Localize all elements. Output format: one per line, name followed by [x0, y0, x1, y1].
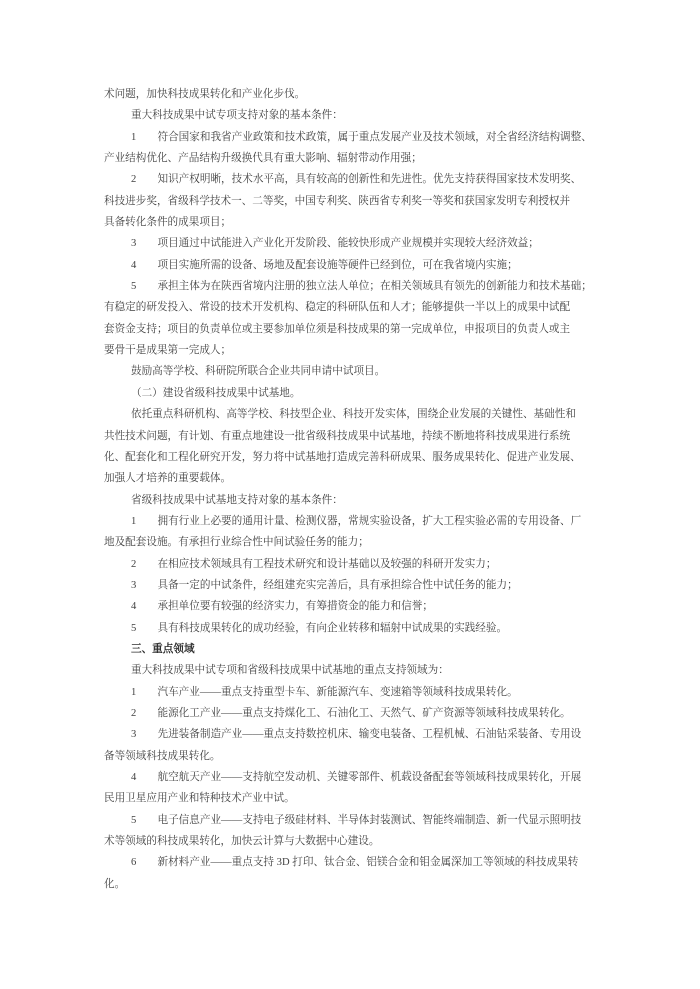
text-line: 共性技术问题，有计划、有重点地建设一批省级科技成果中试基地，持续不断地将科技成果… [104, 426, 604, 447]
text-line: 3 具备一定的中试条件，经组建充实完善后，具有承担综合性中试任务的能力； [104, 575, 604, 596]
text-line: 产业结构优化、产品结构升级换代具有重大影响、辐射带动作用强； [104, 148, 604, 169]
text-line: 省级科技成果中试基地支持对象的基本条件： [104, 490, 604, 511]
text-line: 4 项目实施所需的设备、场地及配套设施等硬件已经到位，可在我省境内实施； [104, 255, 604, 276]
section-heading: 三、重点领域 [104, 639, 604, 660]
text-line: 科技进步奖，省级科学技术一、二等奖，中国专利奖、陕西省专利奖一等奖和获国家发明专… [104, 191, 604, 212]
text-line: 地及配套设施。有承担行业综合性中间试验任务的能力； [104, 532, 604, 553]
document-text-block: 术问题，加快科技成果转化和产业化步伐。重大科技成果中试专项支持对象的基本条件：1… [104, 84, 604, 895]
text-line: 2 知识产权明晰，技术水平高，具有较高的创新性和先进性。优先支持获得国家技术发明… [104, 169, 604, 190]
text-line: 备等领域科技成果转化。 [104, 746, 604, 767]
text-line: 2 能源化工产业——重点支持煤化工、石油化工、天然气、矿产资源等领域科技成果转化… [104, 703, 604, 724]
text-line: 依托重点科研机构、高等学校、科技型企业、科技开发实体，围绕企业发展的关键性、基础… [104, 404, 604, 425]
text-line: 有稳定的研发投入、常设的技术开发机构、稳定的科研队伍和人才；能够提供一半以上的成… [104, 297, 604, 318]
text-line: 重大科技成果中试专项和省级科技成果中试基地的重点支持领域为： [104, 660, 604, 681]
text-line: （二）建设省级科技成果中试基地。 [104, 383, 604, 404]
document-page: 术问题，加快科技成果转化和产业化步伐。重大科技成果中试专项支持对象的基本条件：1… [0, 0, 700, 989]
text-line: 3 项目通过中试能进入产业化开发阶段、能较快形成产业规模并实现较大经济效益； [104, 233, 604, 254]
text-line: 要骨干是成果第一完成人； [104, 340, 604, 361]
text-line: 5 具有科技成果转化的成功经验，有向企业转移和辐射中试成果的实践经验。 [104, 618, 604, 639]
text-line: 6 新材料产业——重点支持 3D 打印、钛合金、铝镁合金和钼金属深加工等领域的科… [104, 852, 604, 873]
text-line: 鼓励高等学校、科研院所联合企业共同申请中试项目。 [104, 361, 604, 382]
text-line: 4 航空航天产业——支持航空发动机、关键零部件、机载设备配套等领域科技成果转化，… [104, 767, 604, 788]
text-line: 5 电子信息产业——支持电子级硅材料、半导体封装测试、智能终端制造、新一代显示照… [104, 810, 604, 831]
text-line: 1 汽车产业——重点支持重型卡车、新能源汽车、变速箱等领域科技成果转化。 [104, 682, 604, 703]
text-line: 5 承担主体为在陕西省境内注册的独立法人单位；在相关领域具有领先的创新能力和技术… [104, 276, 604, 297]
text-line: 1 符合国家和我省产业政策和技术政策，属于重点发展产业及技术领域，对全省经济结构… [104, 127, 604, 148]
text-line: 加强人才培养的重要载体。 [104, 468, 604, 489]
text-line: 3 先进装备制造产业——重点支持数控机床、输变电装备、工程机械、石油钻采装备、专… [104, 724, 604, 745]
text-line: 民用卫星应用产业和特种技术产业中试。 [104, 788, 604, 809]
text-line: 套资金支持；项目的负责单位或主要参加单位须是科技成果的第一完成单位，申报项目的负… [104, 319, 604, 340]
text-line: 术问题，加快科技成果转化和产业化步伐。 [104, 84, 604, 105]
text-line: 1 拥有行业上必要的通用计量、检测仪器，常规实验设备，扩大工程实验必需的专用设备… [104, 511, 604, 532]
text-line: 化、配套化和工程化研究开发，努力将中试基地打造成完善科研成果、服务成果转化、促进… [104, 447, 604, 468]
text-line: 化。 [104, 874, 604, 895]
text-line: 2 在相应技术领域具有工程技术研究和设计基础以及较强的科研开发实力； [104, 554, 604, 575]
text-line: 4 承担单位要有较强的经济实力，有筹措资金的能力和信誉； [104, 596, 604, 617]
text-line: 术等领域的科技成果转化，加快云计算与大数据中心建设。 [104, 831, 604, 852]
text-line: 具备转化条件的成果项目； [104, 212, 604, 233]
text-line: 重大科技成果中试专项支持对象的基本条件： [104, 105, 604, 126]
